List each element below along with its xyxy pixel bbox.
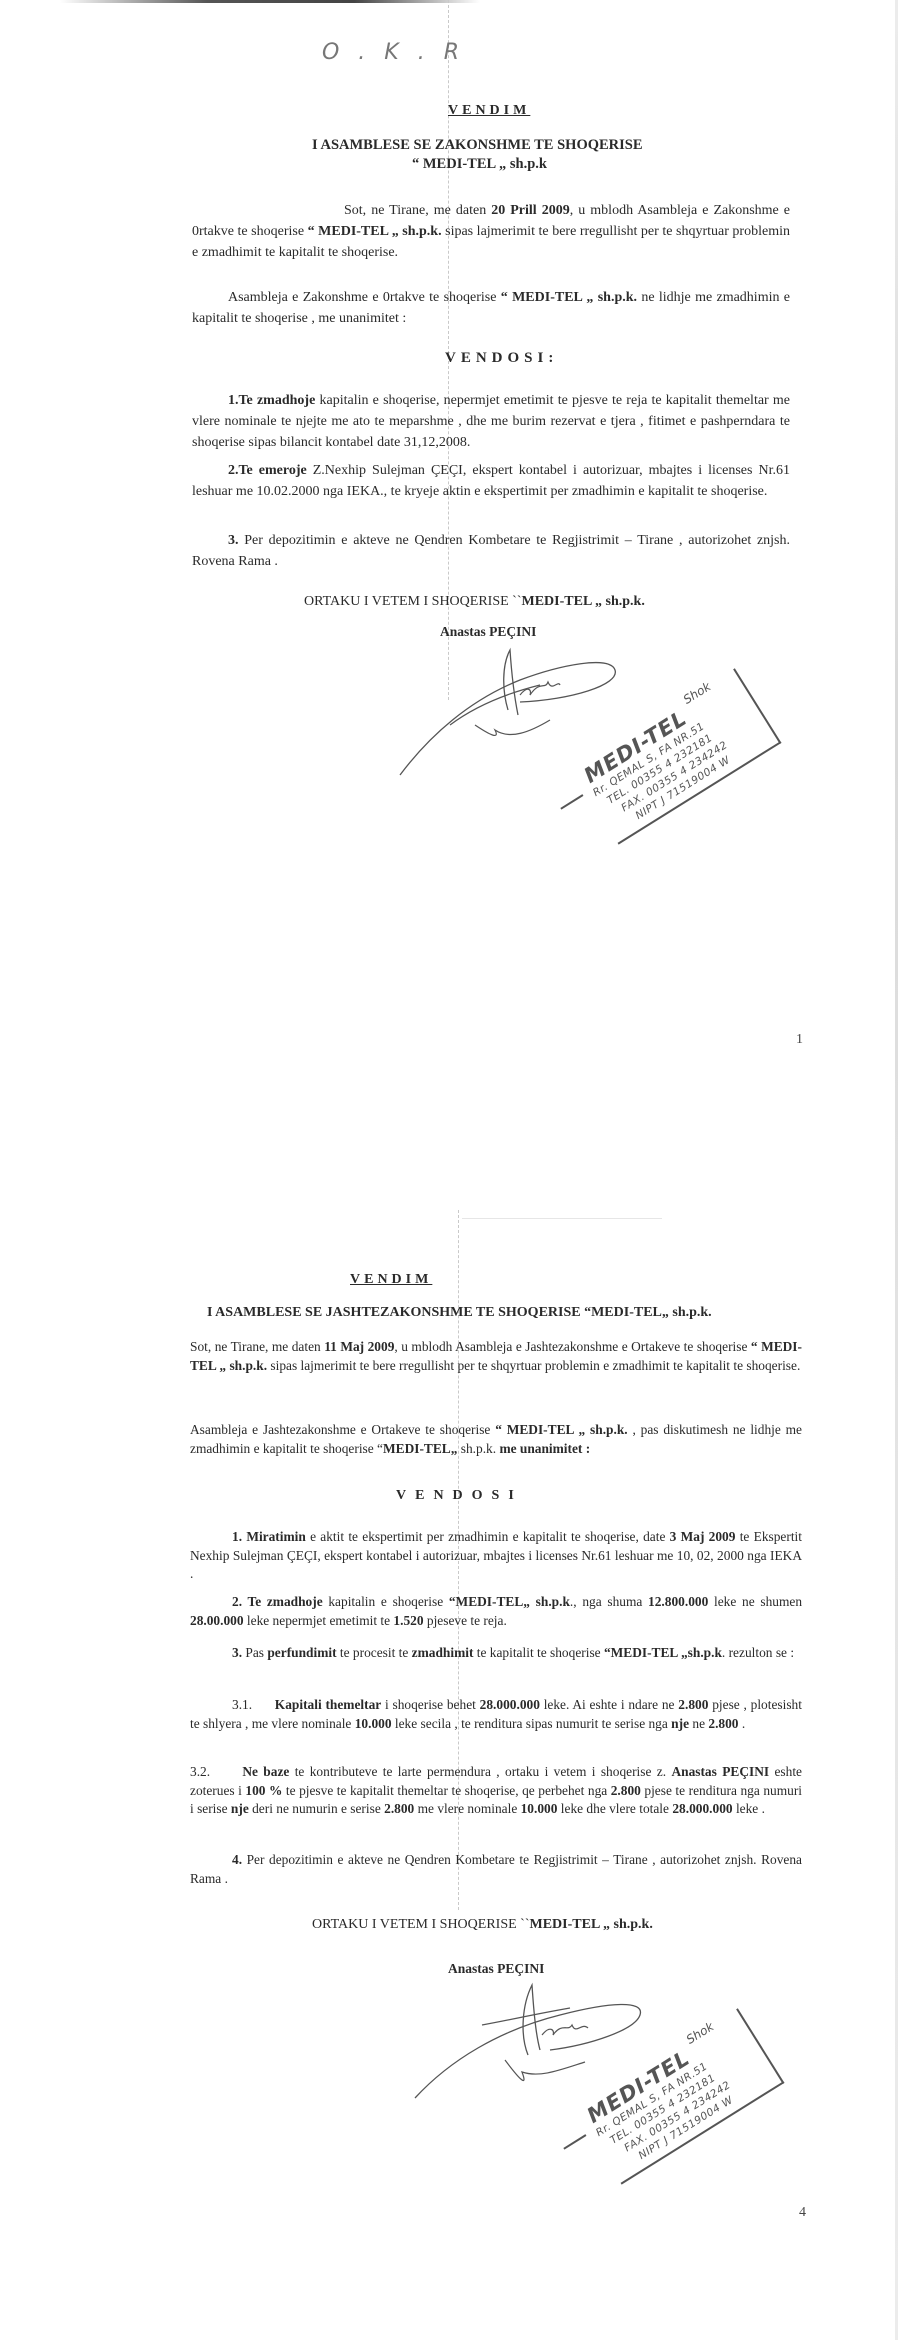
scan-edge-shadow [60,0,480,3]
company-name: “ MEDI-TEL „ sh.p.k. [501,290,637,305]
page1-assembly-paragraph: Asambleja e Zakonshme e 0rtakve te shoqe… [192,287,790,329]
page2-heading: VENDIM [350,1272,432,1288]
meeting-date: 11 Maj 2009 [324,1339,394,1354]
page1-title-line2: “ MEDI-TEL „ sh.p.k [412,156,547,173]
page2-item-1: 1. Miratimin e aktit te ekspertimit per … [190,1528,802,1584]
company-name: “ MEDI-TEL „ sh.p.k. [308,224,442,239]
meeting-date: 20 Prill 2009 [491,203,570,218]
page2-item-4: 4. Per depozitimin e akteve ne Qendren K… [190,1851,802,1888]
page2-page-number: 4 [799,2205,806,2221]
page2-item-3-1: 3.1. Kapitali themeltar i shoqerise behe… [190,1696,802,1733]
page2-item-2: 2. Te zmadhoje kapitalin e shoqerise “ME… [190,1593,802,1630]
page1-signature [390,640,620,780]
page1-decides-heading: VENDOSI: [445,350,558,367]
handwritten-annotation: O . K . R [322,40,465,65]
page1-page-number: 1 [796,1032,803,1048]
page2-decides-heading: VENDOSI [396,1488,523,1504]
page1-title-line1: I ASAMBLESE SE ZAKONSHME TE SHOQERISE [312,137,643,154]
page1-item-2: 2.Te emeroje Z.Nexhip Sulejman ÇEÇI, eks… [192,460,790,502]
page2-signer-name: Anastas PEÇINI [448,1961,544,1977]
page1-intro-paragraph: Sot, ne Tirane, me daten 20 Prill 2009, … [192,200,790,263]
page1-signature-label: ORTAKU I VETEM I SHOQERISE ``MEDI-TEL „ … [304,594,645,610]
scan-right-edge [895,0,898,2340]
page1-item-3: 3. Per depozitimin e akteve ne Qendren K… [192,530,790,572]
page1-signer-name: Anastas PEÇINI [440,624,536,640]
page2-intro-paragraph: Sot, ne Tirane, me daten 11 Maj 2009, u … [190,1338,802,1375]
page2-title: I ASAMBLESE SE JASHTEZAKONSHME TE SHOQER… [207,1305,712,1321]
page2-item-3-2: 3.2. Ne baze te kontributeve te larte pe… [190,1763,802,1819]
page2-item-3: 3. Pas perfundimit te procesit te zmadhi… [190,1644,802,1663]
page2-signature-label: ORTAKU I VETEM I SHOQERISE ``MEDI-TEL „ … [312,1917,653,1933]
page2-assembly-paragraph: Asambleja e Jashtezakonshme e Ortakeve t… [190,1421,802,1458]
page1-heading: VENDIM [448,103,530,119]
page-separator [462,1218,662,1219]
page1-item-1: 1.Te zmadhoje kapitalin e shoqerise, nep… [192,390,790,453]
